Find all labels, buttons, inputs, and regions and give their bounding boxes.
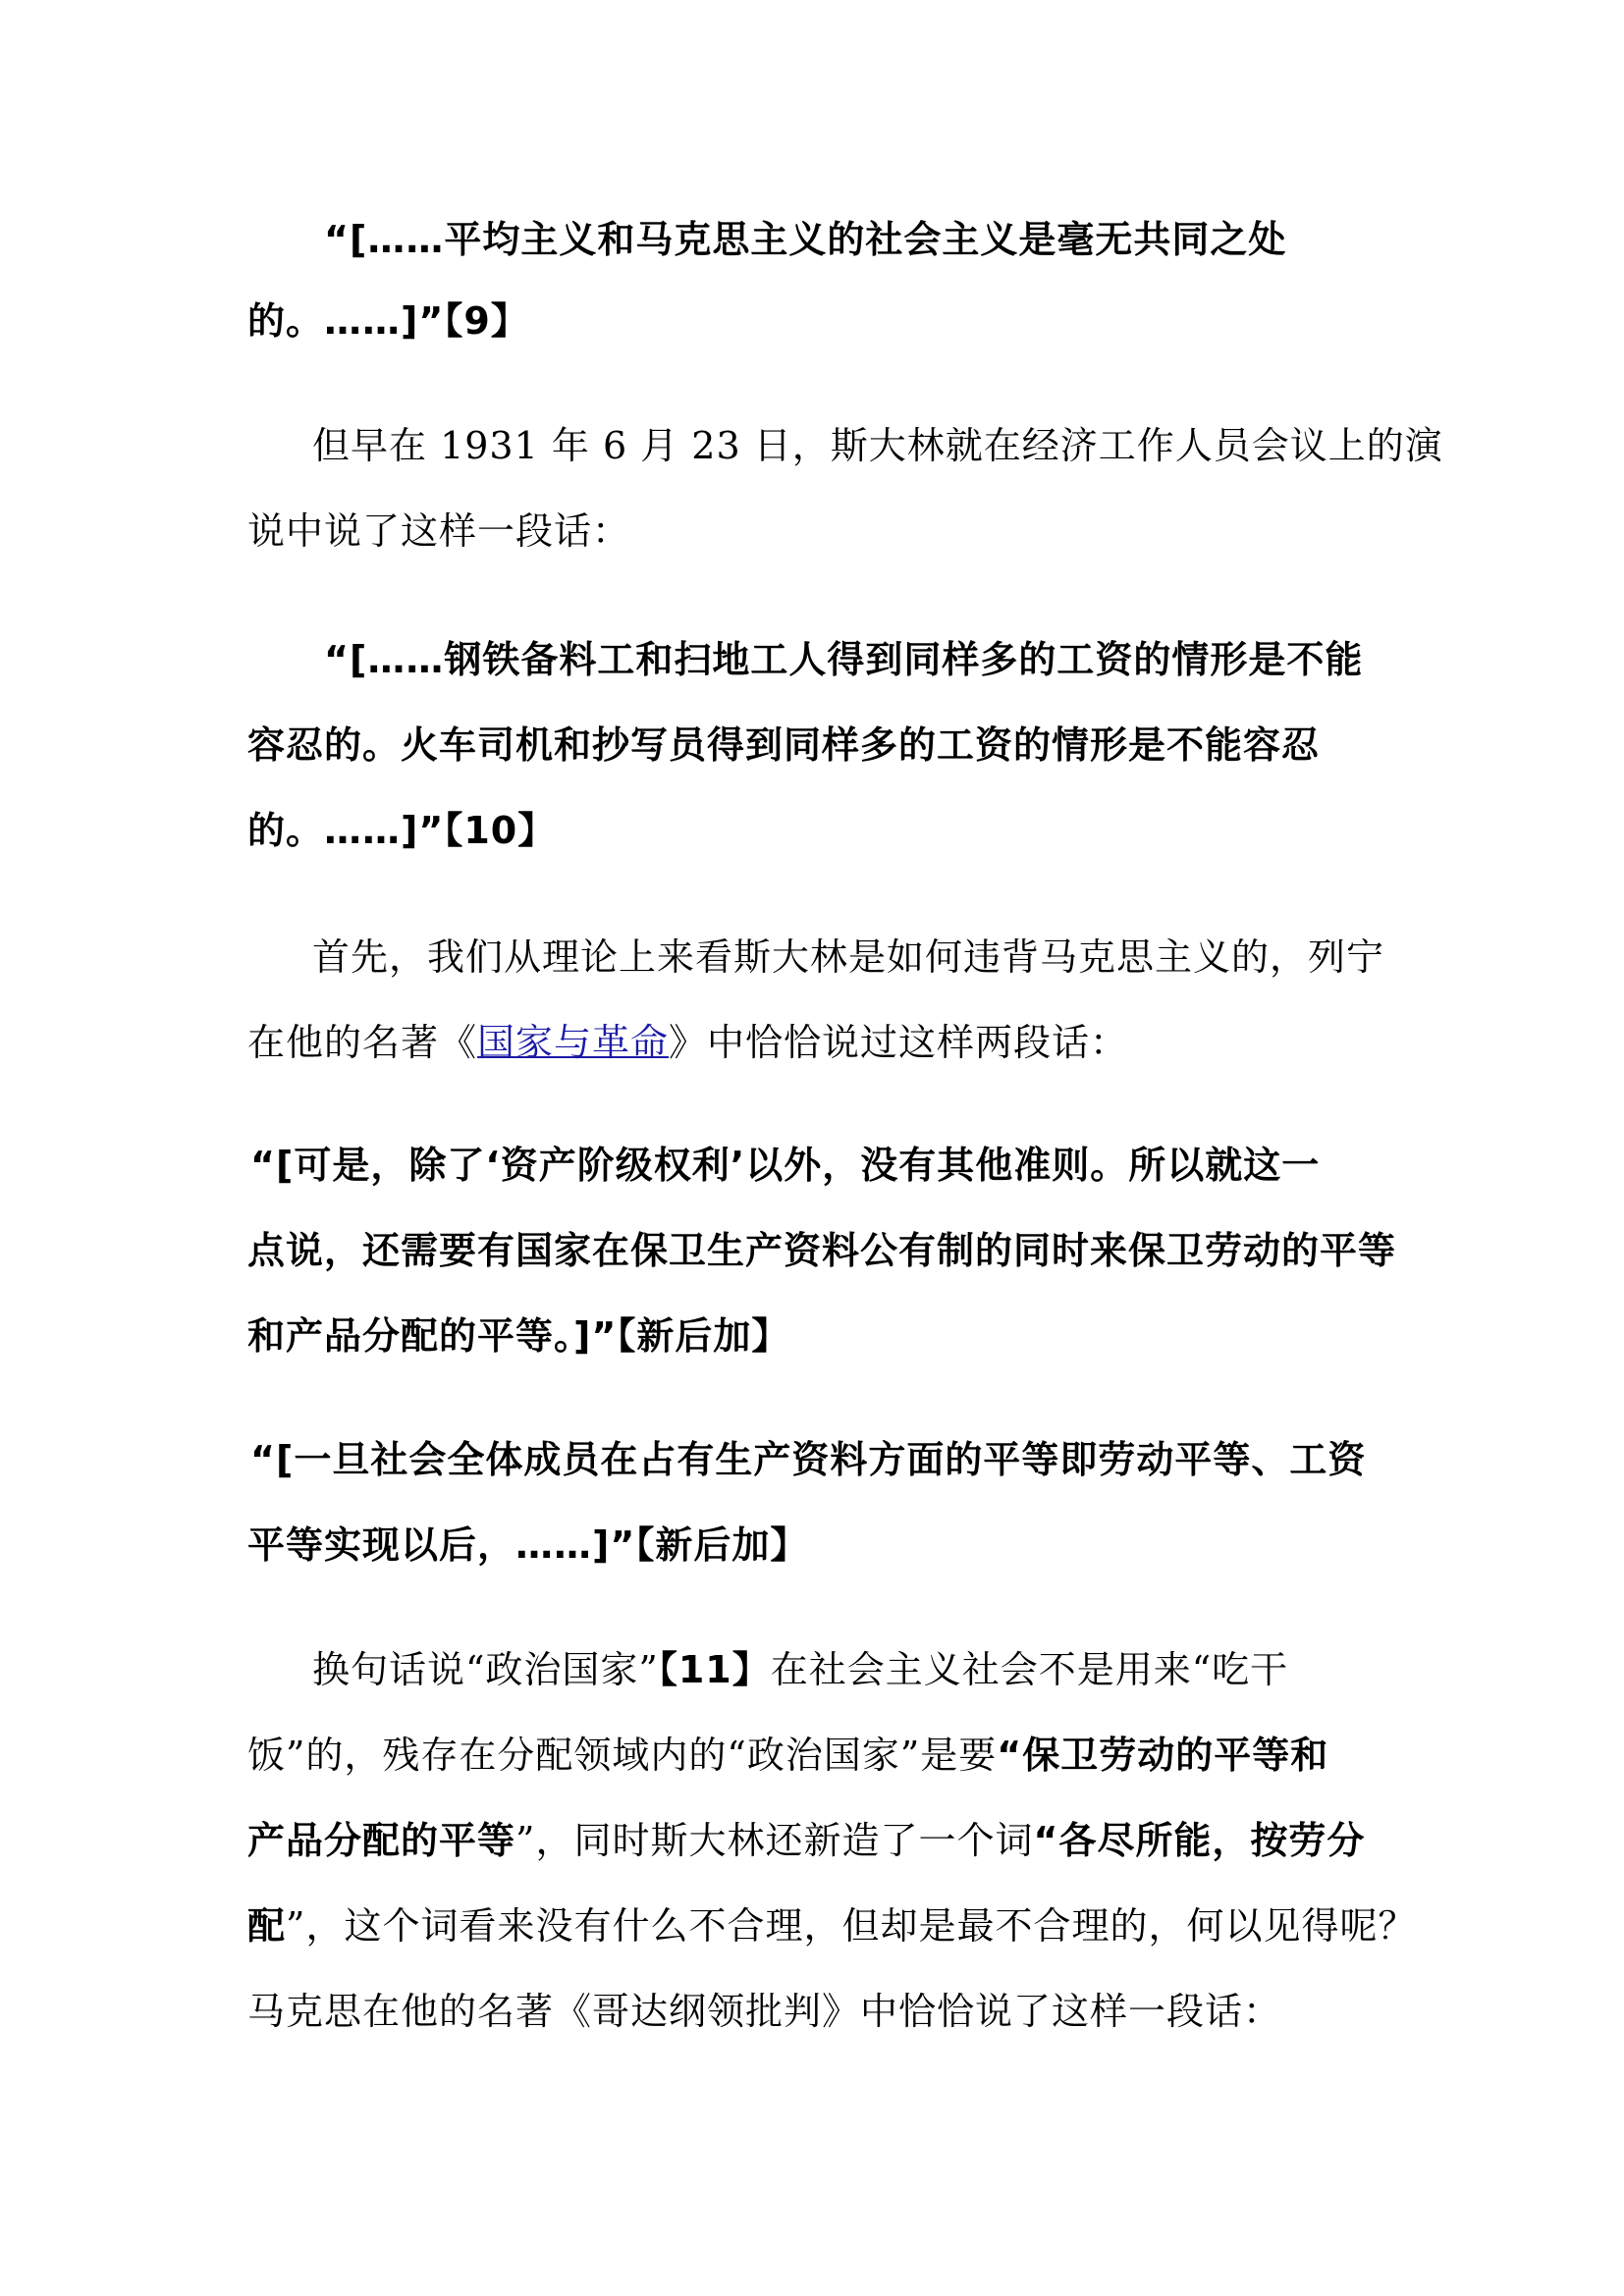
p3-emphasis: 产品分配的平等: [247, 1819, 515, 1862]
quote-a-line-2: 点说，还需要有国家在保卫生产资料公有制的同时来保卫劳动的平等: [247, 1229, 1396, 1272]
paragraph-1-line-2: 说中说了这样一段话：: [247, 509, 630, 553]
quote-a-line-1: “[可是，除了‘资产阶级权利’以外，没有其他准则。所以就这一: [250, 1144, 1320, 1187]
paragraph-3-line-1: 换句话说“政治国家”【11】在社会主义社会不是用来“吃干: [312, 1648, 1288, 1691]
p3-text: ”，同时斯大林还新造了一个词: [515, 1819, 1033, 1862]
p3-emphasis: 配: [247, 1904, 286, 1948]
p3-text: 在社会主义社会不是用来“吃干: [771, 1648, 1288, 1691]
quote-9-line-2: 的。……]”【9】: [247, 299, 529, 343]
quote-b-line-2: 平等实现以后，……]”【新后加】: [247, 1523, 808, 1567]
paragraph-2-line-2: 在他的名著《国家与革命》中恰恰说过这样两段话：: [247, 1021, 1128, 1064]
quote-9-line-1: “[……平均主义和马克思主义的社会主义是毫无共同之处: [324, 218, 1286, 261]
paragraph-3-line-5: 马克思在他的名著《哥达纲领批判》中恰恰说了这样一段话：: [247, 1990, 1281, 2033]
paragraph-2-post: 》中恰恰说过这样两段话：: [669, 1021, 1128, 1064]
p3-emphasis: “各尽所能，按劳分: [1033, 1819, 1365, 1862]
paragraph-3-line-2: 饭”的，残存在分配领域内的“政治国家”是要“保卫劳动的平等和: [247, 1734, 1328, 1777]
document-page: “[……平均主义和马克思主义的社会主义是毫无共同之处 的。……]”【9】 但早在…: [0, 0, 1624, 2296]
paragraph-1-line-1: 但早在 1931 年 6 月 23 日，斯大林就在经济工作人员会议上的演: [312, 424, 1443, 467]
state-and-revolution-link[interactable]: 国家与革命: [477, 1021, 669, 1064]
footnote-11: 【11】: [659, 1648, 771, 1691]
p3-text: ”，这个词看来没有什么不合理，但却是最不合理的，何以见得呢？: [286, 1904, 1416, 1948]
quote-b-line-1: “[一旦社会全体成员在占有生产资料方面的平等即劳动平等、工资: [250, 1438, 1366, 1481]
quote-10-line-1: “[……钢铁备料工和扫地工人得到同样多的工资的情形是不能: [324, 638, 1363, 681]
p3-text: 饭”的，残存在分配领域内的“政治国家”是要: [247, 1734, 997, 1777]
quote-a-line-3: 和产品分配的平等。]”【新后加】: [247, 1314, 789, 1358]
p3-text: 换句话说“政治国家”: [312, 1648, 659, 1691]
quote-10-line-3: 的。……]”【10】: [247, 809, 556, 852]
quote-10-line-2: 容忍的。火车司机和抄写员得到同样多的工资的情形是不能容忍: [247, 723, 1320, 767]
p3-emphasis: “保卫劳动的平等和: [997, 1734, 1328, 1777]
paragraph-3-line-4: 配”，这个词看来没有什么不合理，但却是最不合理的，何以见得呢？: [247, 1904, 1416, 1948]
paragraph-2-line-1: 首先，我们从理论上来看斯大林是如何违背马克思主义的，列宁: [312, 935, 1384, 979]
paragraph-3-line-3: 产品分配的平等”，同时斯大林还新造了一个词“各尽所能，按劳分: [247, 1819, 1365, 1862]
paragraph-2-pre: 在他的名著《: [247, 1021, 477, 1064]
